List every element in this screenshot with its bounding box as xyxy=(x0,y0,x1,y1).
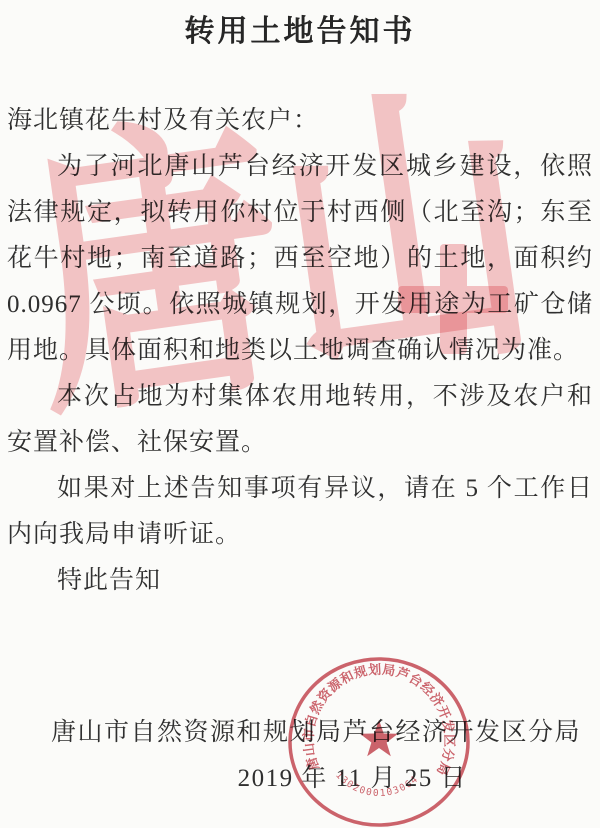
notice-document: 转用土地告知书 海北镇花牛村及有关农户： 为了河北唐山芦台经济开发区城乡建设，依… xyxy=(0,6,600,828)
seal-code: 1302000103064 xyxy=(333,770,421,799)
paragraph-land-use: 为了河北唐山芦台经济开发区城乡建设，依照法律规定，拟转用你村位于村西侧（北至沟；… xyxy=(7,144,593,374)
salutation: 海北镇花牛村及有关农户： xyxy=(7,98,593,144)
svg-text:唐山市自然资源和规划局芦台经济开发区分局: 唐山市自然资源和规划局芦台经济开发区分局 xyxy=(301,662,457,778)
paragraph-hearing: 如果对上述告知事项有异议，请在 5 个工作日内向我局申请听证。 xyxy=(7,466,593,558)
svg-text:1302000103064: 1302000103064 xyxy=(333,770,421,799)
seal-ring-text: 唐山市自然资源和规划局芦台经济开发区分局 xyxy=(301,662,457,778)
paragraph-compensation: 本次占地为村集体农用地转用，不涉及农户和安置补偿、社保安置。 xyxy=(7,374,593,466)
closing-phrase: 特此告知 xyxy=(7,558,593,604)
official-seal: 唐山市自然资源和规划局芦台经济开发区分局 1302000103064 xyxy=(286,656,472,828)
document-title: 转用土地告知书 xyxy=(7,6,593,50)
seal-star-icon xyxy=(360,720,398,756)
